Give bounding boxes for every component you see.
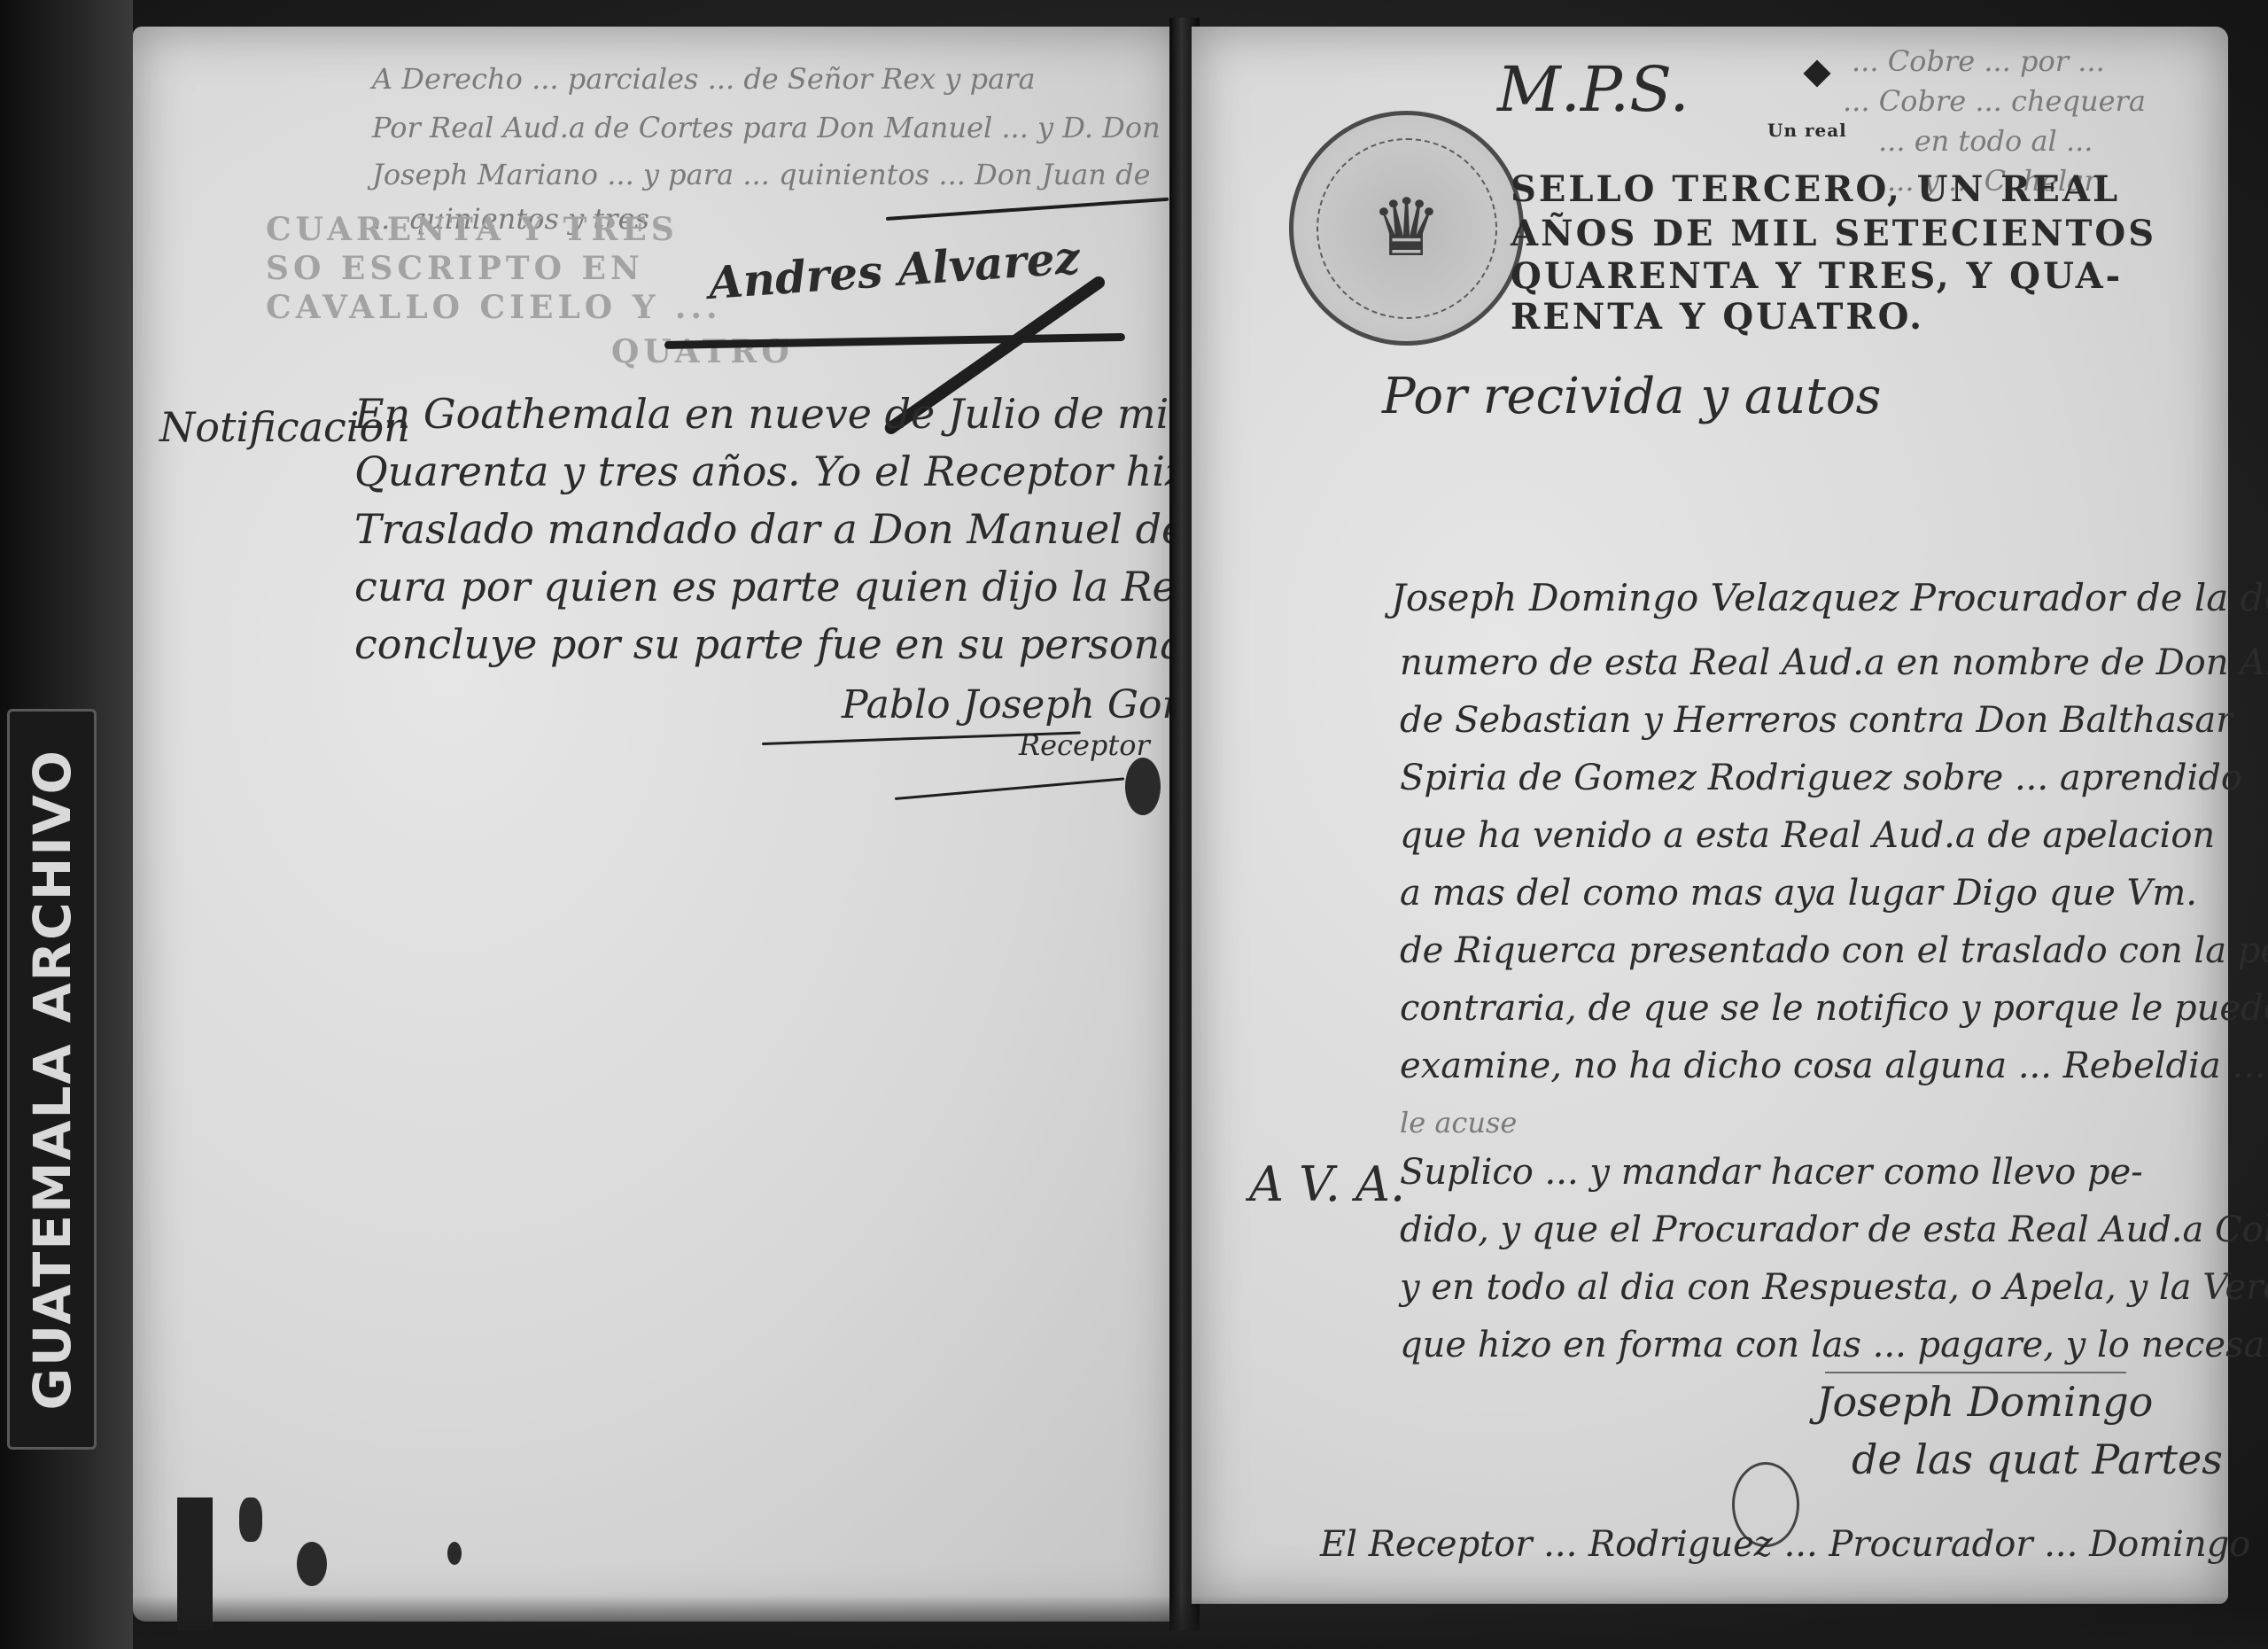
right-body-line: examine, no ha dicho cosa alguna ... Reb… <box>1400 1046 2268 1086</box>
left-top-note-line: Por Real Aud.a de Cortes para Don Manuel… <box>372 111 1161 144</box>
right-margin-note: A V. A. <box>1249 1156 1405 1212</box>
right-body-line: a mas del como mas aya lugar Digo que Vm… <box>1400 873 2197 914</box>
bottom-edge-shadow <box>133 1596 2268 1649</box>
spine-label: GUATEMALA ARCHIVO <box>7 709 97 1450</box>
right-body-line: le acuse <box>1400 1106 1517 1140</box>
stamp-line: SELLO TERCERO, UN REAL <box>1511 168 2120 210</box>
bleedthrough-line: CUARENTA Y TRES <box>266 211 679 248</box>
right-monogram: M.P.S. <box>1497 53 1689 126</box>
bleedthrough-line: ... en todo al ... <box>1878 124 2093 158</box>
crown-crest-icon: ♛ <box>1371 182 1442 275</box>
bleedthrough-line: ... Cobre ... chequera <box>1843 84 2146 118</box>
ink-flourish <box>1125 758 1161 815</box>
right-body-line: que ha venido a esta Real Aud.a de apela… <box>1400 815 2215 856</box>
signature-line <box>1825 1372 2126 1373</box>
right-body-line: de Sebastian y Herreros contra Don Balth… <box>1400 700 2233 741</box>
stamp-line: AÑOS DE MIL SETECIENTOS <box>1511 213 2156 254</box>
right-body-line: Joseph Domingo Velazquez Procurador de l… <box>1391 576 2268 619</box>
right-signature-surname: de las quat Partes <box>1852 1435 2223 1483</box>
stamp-line: QUARENTA Y TRES, Y QUA- <box>1511 255 2123 297</box>
royal-seal-stamp: ♛ <box>1289 111 1524 346</box>
petition-line: y en todo al dia con Respuesta, o Apela,… <box>1400 1267 2268 1308</box>
seal-inner-ring: ♛ <box>1317 138 1497 319</box>
petition-line: que hizo en forma con las ... pagare, y … <box>1400 1325 2268 1365</box>
spine-label-text: GUATEMALA ARCHIVO <box>22 749 82 1411</box>
right-heading: Por recivida y autos <box>1382 368 1881 425</box>
right-body-line: contraria, de que se le notifico y porqu… <box>1400 988 2268 1029</box>
left-top-note-line: Joseph Mariano ... y para ... quinientos… <box>372 158 1151 191</box>
binding-strip: GUATEMALA ARCHIVO <box>0 0 133 1649</box>
ink-blot <box>447 1542 462 1565</box>
ink-blot <box>297 1542 327 1586</box>
right-signature-name: Joseph Domingo <box>1816 1378 2153 1426</box>
ink-blot <box>239 1497 262 1542</box>
petition-line: dido, y que el Procurador de esta Real A… <box>1400 1210 2268 1250</box>
petition-line: Suplico ... y mandar hacer como llevo pe… <box>1400 1152 2143 1193</box>
bleedthrough-line: SO ESCRIPTO EN <box>266 250 644 287</box>
right-footer-line: El Receptor ... Rodriguez ... Procurador… <box>1320 1524 2250 1565</box>
right-body-line: Spiria de Gomez Rodriguez sobre ... apre… <box>1400 758 2242 798</box>
right-body-line: numero de esta Real Aud.a en nombre de D… <box>1400 642 2268 683</box>
bleedthrough-line: ... Cobre ... por ... <box>1852 44 2105 78</box>
right-body-line: de Riquerca presentado con el traslado c… <box>1400 930 2268 971</box>
left-top-note-line: A Derecho ... parciales ... de Señor Rex… <box>372 62 1036 96</box>
stamp-line: RENTA Y QUATRO. <box>1511 296 1924 338</box>
bleedthrough-line: CAVALLO CIELO Y ... <box>266 289 722 326</box>
stamp-value-small: Un real <box>1767 120 1847 141</box>
